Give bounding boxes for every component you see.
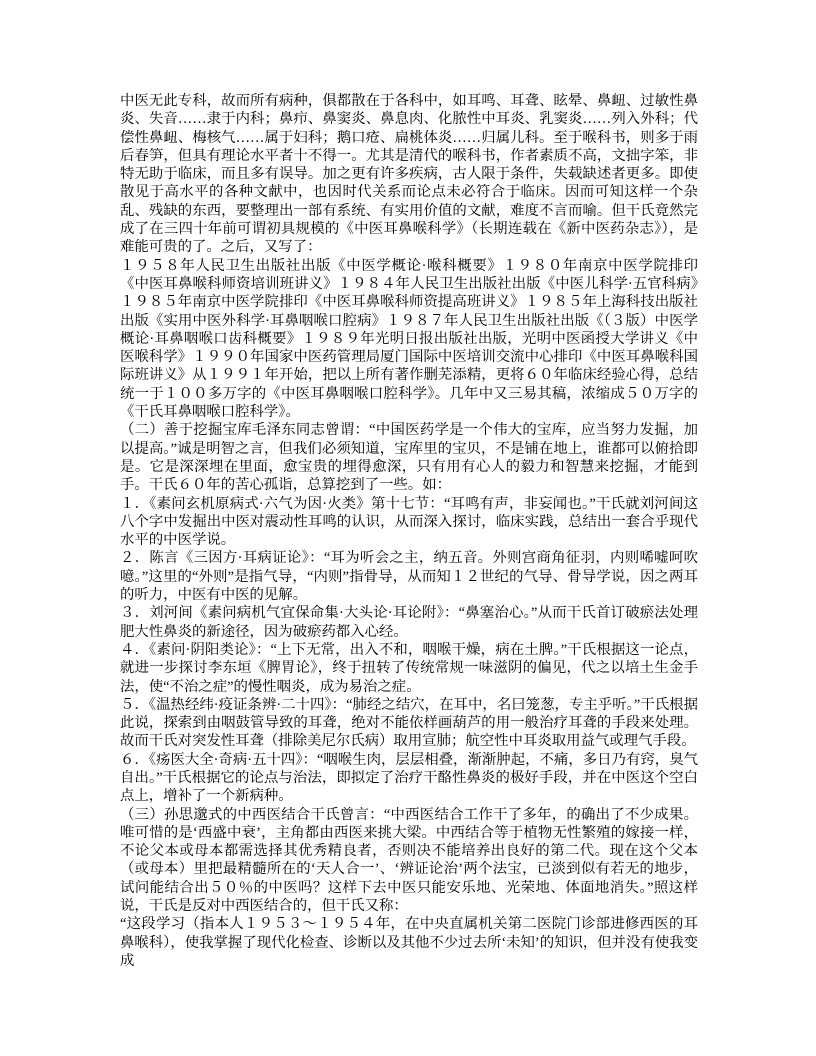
paragraph-item-5: ５．《温热经纬·疫证条辨·二十四》：“肺经之结穴，在耳中，名曰笼葱，专主乎听。”… [120,696,698,751]
paragraph-intro: 中医无此专科，故而所有病种，俱都散在于各科中，如耳鸣、耳聋、眩晕、鼻衄、过敏性鼻… [120,92,698,257]
paragraph-publications: １９５８年人民卫生出版社出版《中医学概论·喉科概要》１９８０年南京中医学院排印《… [120,257,698,422]
paragraph-item-3: ３．刘河间《素问病机气宜保命集·大头论·耳论附》：“鼻塞治心。”从而干氏首订破瘀… [120,604,698,641]
paragraph-item-1: １．《素问玄机原病式·六气为因·火类》第十七节：“耳鸣有声，非妄闻也。”干氏就刘… [120,495,698,550]
document-page: 中医无此专科，故而所有病种，俱都散在于各科中，如耳鸣、耳聋、眩晕、鼻衄、过敏性鼻… [0,0,816,1056]
text-block: 中医无此专科，故而所有病种，俱都散在于各科中，如耳鸣、耳聋、眩晕、鼻衄、过敏性鼻… [120,92,698,970]
paragraph-quote: “这段学习（指本人１９５３～１９５４年，在中央直属机关第二医院门诊部进修西医的耳… [120,915,698,970]
paragraph-item-2: ２．陈言《三因方·耳病证论》：“耳为听会之主，纳五音。外则宫商角征羽，内则唏嘘呵… [120,549,698,604]
paragraph-item-6: ６．《疡医大全·奇病·五十四》：“咽喉生肉，层层相叠，渐渐肿起，不痛，多日乃有窍… [120,751,698,806]
paragraph-section-3: （三）孙思邈式的中西医结合干氏曾言：“中西医结合工作干了多年，的确出了不少成果。… [120,806,698,916]
paragraph-item-4: ４．《素问·阴阳类论》：“上下无常，出入不和，咽喉干燥，病在土脾。”干氏根据这一… [120,641,698,696]
paragraph-section-2: （二）善于挖掘宝库毛泽东同志曾谓：“中国医药学是一个伟大的宝库，应当努力发掘，加… [120,421,698,494]
